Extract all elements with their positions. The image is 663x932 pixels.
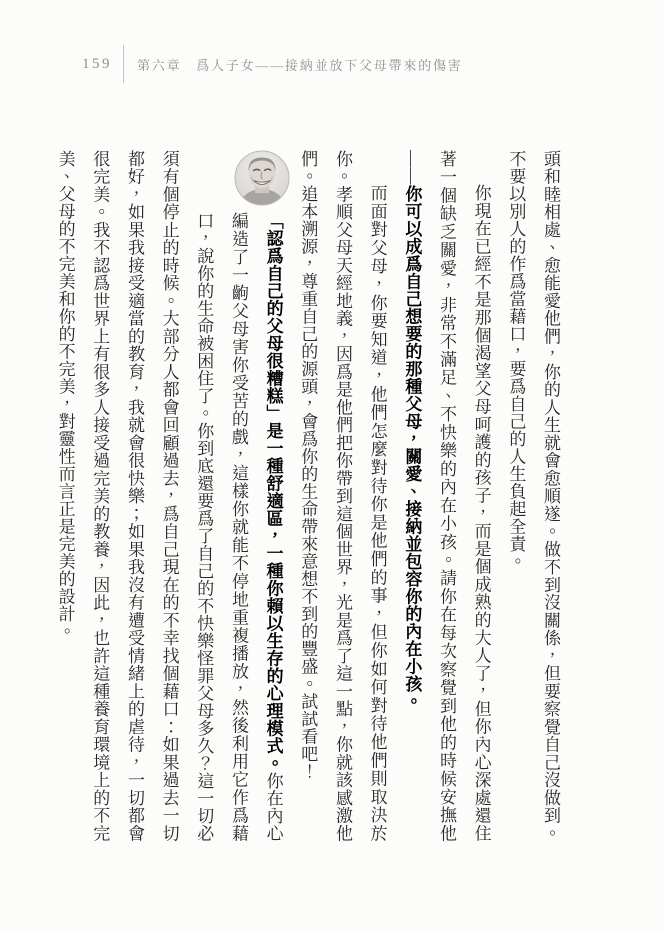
body-text: 頭和睦相處、愈能愛他們，你的人生就會愈順遂。做不到沒關係，但要察覺自己沒做到。不… bbox=[47, 150, 567, 842]
book-page: 159 第六章 爲人子女——接納並放下父母帶來的傷害 頭和睦相處、愈能愛他們，你… bbox=[0, 0, 663, 932]
page-number: 159 bbox=[76, 56, 112, 73]
header-divider bbox=[123, 45, 124, 83]
body-run: 而面對父母，你要知道，他們怎麼對待你是他們的事，但你如何對待他們則取決於你。孝順… bbox=[298, 150, 386, 842]
emphasis-text: 你可以成爲自己想要的那種父母，關愛、接納並包容你的內在小孩。 bbox=[402, 185, 421, 710]
author-avatar bbox=[220, 150, 290, 212]
paragraph-p1: 頭和睦相處、愈能愛他們，你的人生就會愈順遂。做不到沒關係，但要察覺自己沒做到。不… bbox=[498, 150, 567, 842]
paragraph-p2: 你現在已經不是那個渴望父母呵護的孩子，而是個成熟的大人了，但你內心深處還住著一個… bbox=[394, 150, 498, 842]
chapter-title: 第六章 爲人子女——接納並放下父母帶來的傷害 bbox=[137, 55, 463, 74]
running-head: 159 第六章 爲人子女——接納並放下父母帶來的傷害 bbox=[76, 44, 463, 84]
emphasis-text: 「認爲自己的父母很糟糕」是一種舒適區，一種你賴以生存的心理模式。 bbox=[264, 212, 283, 772]
paragraph-p3: 而面對父母，你要知道，他們怎麼對待你是他們的事，但你如何對待他們則取決於你。孝順… bbox=[290, 150, 394, 842]
author-photo-icon bbox=[234, 150, 290, 206]
paragraph-p4: 「認爲自己的父母很糟糕」是一種舒適區，一種你賴以生存的心理模式。你在內心編造了一… bbox=[47, 150, 290, 842]
body-run: 你在內心編造了一齣父母害你受苦的戲，這樣你就能不停地重複播放，然後利用它作爲藉口… bbox=[56, 150, 283, 842]
body-run: 頭和睦相處、愈能愛他們，你的人生就會愈順遂。做不到沒關係，但要察覺自己沒做到。不… bbox=[506, 150, 560, 842]
